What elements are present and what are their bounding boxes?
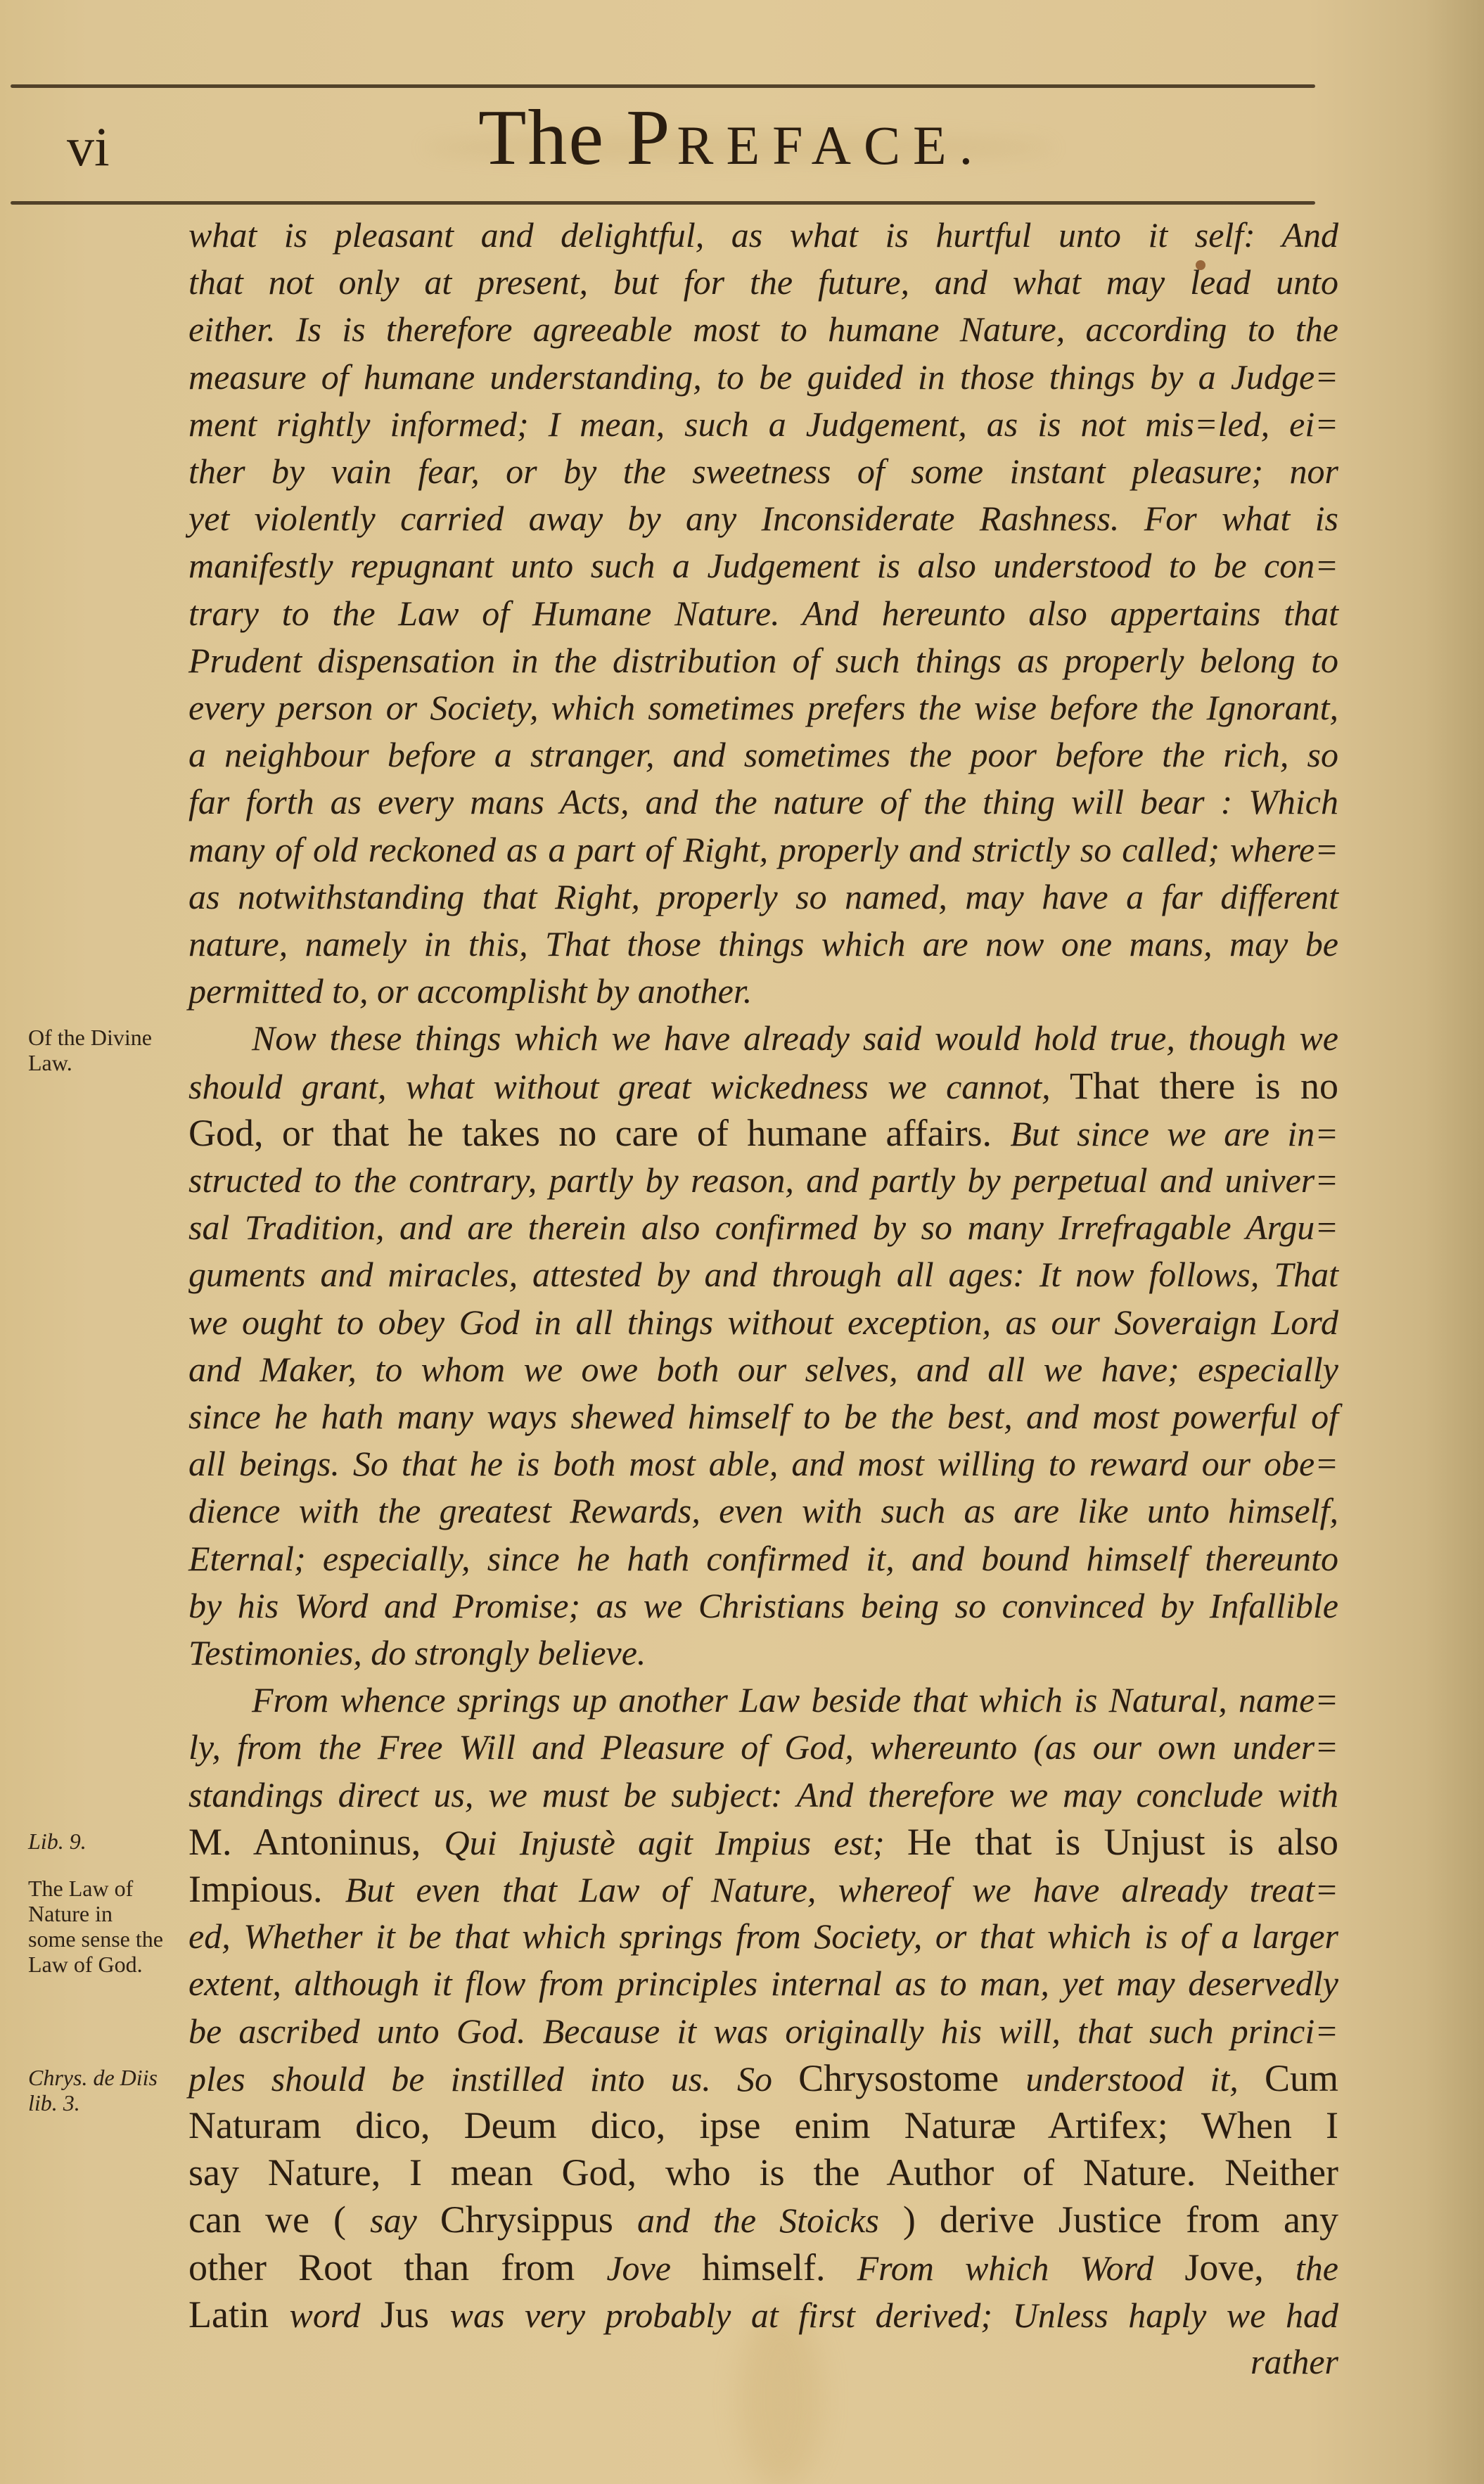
text-line: we ought to obey God in all things witho… — [188, 1299, 1338, 1346]
text-line: all beings. So that he is both most able… — [188, 1440, 1338, 1487]
roman-text: Naturam dico, Deum dico, ipse enim Natur… — [188, 2104, 1338, 2146]
italic-text: far forth as every mans Acts, and the na… — [188, 782, 1338, 821]
margin-note-line: Of the Divine — [28, 1025, 197, 1050]
roman-text: That there is no — [1070, 1065, 1338, 1107]
italic-text: and the Stoicks — [637, 2201, 879, 2240]
italic-text: a neighbour before a stranger, and somet… — [188, 735, 1338, 774]
margin-note-line: Law. — [28, 1050, 197, 1075]
italic-text: Eternal; especially, since he hath confi… — [188, 1539, 1338, 1578]
text-line: ther by vain fear, or by the sweetness o… — [188, 448, 1338, 495]
catchword: rather — [188, 2338, 1338, 2386]
italic-text: ment rightly informed; I mean, such a Ju… — [188, 404, 1338, 444]
italic-text: word — [290, 2296, 381, 2335]
page-number: vi — [67, 120, 110, 174]
italic-text: say — [370, 2201, 440, 2240]
text-line: since he hath many ways shewed himself t… — [188, 1393, 1338, 1440]
roman-text: other Root than from — [188, 2246, 606, 2288]
text-line: that not only at present, but for the fu… — [188, 259, 1338, 306]
roman-text: Jove, — [1184, 2246, 1296, 2288]
text-line: yet violently carried away by any Incons… — [188, 495, 1338, 542]
italic-text: measure of humane understanding, to be g… — [188, 357, 1338, 397]
roman-text: Chrysippus — [440, 2198, 637, 2241]
italic-text: understood it, — [1025, 2059, 1265, 2099]
text-line: God, or that he takes no care of humane … — [188, 1110, 1338, 1157]
header-rule-top — [11, 84, 1315, 88]
text-line: From whence springs up another Law besid… — [188, 1677, 1338, 1724]
italic-text: and Maker, to whom we owe both our selve… — [188, 1350, 1338, 1389]
italic-text: manifestly repugnant unto such a Judgeme… — [188, 546, 1338, 585]
text-line: trary to the Law of Humane Nature. And h… — [188, 590, 1338, 637]
text-line: Testimonies, do strongly believe. — [188, 1630, 1338, 1677]
italic-text: that not only at present, but for the fu… — [188, 262, 1338, 302]
text-line: and Maker, to whom we owe both our selve… — [188, 1346, 1338, 1393]
text-line: Impious. But even that Law of Nature, wh… — [188, 1866, 1338, 1913]
text-line: extent, although it flow from principles… — [188, 1960, 1338, 2007]
text-line: ly, from the Free Will and Pleasure of G… — [188, 1724, 1338, 1771]
italic-text: trary to the Law of Humane Nature. And h… — [188, 594, 1338, 633]
italic-text: by his Word and Promise; as we Christian… — [188, 1586, 1338, 1625]
text-line: other Root than from Jove himself. From … — [188, 2244, 1338, 2291]
text-line: what is pleasant and delightful, as what… — [188, 212, 1338, 259]
text-line: nature, namely in this, That those thing… — [188, 921, 1338, 968]
italic-text: since he hath many ways shewed himself t… — [188, 1397, 1338, 1436]
margin-note: Chrys. de Diislib. 3. — [28, 2065, 197, 2115]
italic-text: nature, namely in this, That those thing… — [188, 924, 1338, 963]
italic-text: ly, from the Free Will and Pleasure of G… — [188, 1727, 1338, 1767]
italic-text: be ascribed unto God. Because it was ori… — [188, 2011, 1338, 2051]
roman-text: Latin — [188, 2293, 290, 2336]
text-line: say Nature, I mean God, who is the Autho… — [188, 2149, 1338, 2196]
italic-text: ther by vain fear, or by the sweetness o… — [188, 452, 1338, 491]
margin-note: The Law ofNature insome sense theLaw of … — [28, 1876, 197, 1977]
italic-text: dience with the greatest Rewards, even w… — [188, 1491, 1338, 1530]
italic-text: many of old reckoned as a part of Right,… — [188, 830, 1338, 869]
italic-text: as notwithstanding that Right, properly … — [188, 877, 1338, 916]
text-line: as notwithstanding that Right, properly … — [188, 873, 1338, 921]
italic-text: permitted to, or accomplisht by another. — [188, 971, 752, 1011]
italic-text: all beings. So that he is both most able… — [188, 1444, 1338, 1483]
italic-text: was very probably at first derived; Unle… — [450, 2296, 1338, 2335]
margin-note: Lib. 9. — [28, 1829, 197, 1854]
italic-text: ples should be instilled into us. So — [188, 2059, 798, 2099]
header-rule-bottom — [11, 201, 1315, 205]
italic-text: either. Is is therefore agreeable most t… — [188, 309, 1338, 349]
roman-text: Chrysostome — [798, 2057, 1025, 2099]
text-line: every person or Society, which sometimes… — [188, 684, 1338, 731]
text-line: far forth as every mans Acts, and the na… — [188, 779, 1338, 826]
text-line: by his Word and Promise; as we Christian… — [188, 1582, 1338, 1630]
text-line: either. Is is therefore agreeable most t… — [188, 306, 1338, 353]
italic-text: every person or Society, which sometimes… — [188, 688, 1338, 727]
margin-note-line: Lib. 9. — [28, 1829, 197, 1854]
text-line: standings direct us, we must be subject:… — [188, 1772, 1338, 1819]
text-line: permitted to, or accomplisht by another. — [188, 968, 1338, 1015]
italic-text: Now these things which we have already s… — [252, 1018, 1338, 1058]
roman-text: God, or that he takes no care of humane … — [188, 1112, 1010, 1154]
text-line: many of old reckoned as a part of Right,… — [188, 826, 1338, 873]
italic-text: From which Word — [857, 2248, 1185, 2288]
text-line: guments and miracles, attested by and th… — [188, 1251, 1338, 1298]
margin-note: Of the DivineLaw. — [28, 1025, 197, 1075]
text-line: Eternal; especially, since he hath confi… — [188, 1535, 1338, 1582]
text-line: Latin word Jus was very probably at firs… — [188, 2291, 1338, 2338]
margin-note-line: lib. 3. — [28, 2090, 197, 2115]
text-line: ples should be instilled into us. So Chr… — [188, 2055, 1338, 2102]
text-line: can we ( say Chrysippus and the Stoicks … — [188, 2196, 1338, 2243]
text-line: ment rightly informed; I mean, such a Ju… — [188, 401, 1338, 448]
text-line: sal Tradition, and are therein also conf… — [188, 1204, 1338, 1251]
text-line: ed, Whether it be that which springs fro… — [188, 1913, 1338, 1960]
running-head-smallcaps: PREFACE. — [626, 115, 985, 176]
roman-text: can we ( — [188, 2198, 370, 2241]
running-head-main: The — [478, 94, 605, 181]
text-line: measure of humane understanding, to be g… — [188, 354, 1338, 401]
italic-text: From whence springs up another Law besid… — [252, 1680, 1338, 1720]
italic-text: should grant, what without great wickedn… — [188, 1067, 1070, 1106]
italic-text: we ought to obey God in all things witho… — [188, 1302, 1338, 1342]
italic-text: Prudent dispensation in the distribution… — [188, 641, 1338, 680]
text-line: Now these things which we have already s… — [188, 1015, 1338, 1062]
italic-text: standings direct us, we must be subject:… — [188, 1775, 1338, 1814]
margin-note-line: The Law of — [28, 1876, 197, 1901]
italic-text: sal Tradition, and are therein also conf… — [188, 1208, 1338, 1247]
roman-text: say Nature, I mean God, who is the Autho… — [188, 2151, 1338, 2194]
roman-text: M. Antoninus, — [188, 1821, 444, 1863]
margin-note-line: Nature in — [28, 1901, 197, 1926]
roman-text: himself. — [702, 2246, 857, 2288]
italic-text: guments and miracles, attested by and th… — [188, 1255, 1338, 1294]
italic-text: yet violently carried away by any Incons… — [188, 499, 1338, 538]
italic-text: what is pleasant and delightful, as what… — [188, 215, 1338, 255]
text-line: manifestly repugnant unto such a Judgeme… — [188, 542, 1338, 589]
italic-text: extent, although it flow from principles… — [188, 1964, 1338, 2003]
text-line: Prudent dispensation in the distribution… — [188, 637, 1338, 684]
roman-text: Cum — [1265, 2057, 1338, 2099]
italic-text: But since we are in= — [1010, 1114, 1338, 1153]
text-line: structed to the contrary, partly by reas… — [188, 1157, 1338, 1204]
margin-note-line: some sense the — [28, 1926, 197, 1952]
italic-text: structed to the contrary, partly by reas… — [188, 1160, 1338, 1200]
text-line: dience with the greatest Rewards, even w… — [188, 1487, 1338, 1535]
running-head: The PREFACE. — [478, 98, 985, 177]
text-line: a neighbour before a stranger, and somet… — [188, 731, 1338, 779]
italic-text: the — [1296, 2248, 1338, 2288]
text-line: Naturam dico, Deum dico, ipse enim Natur… — [188, 2102, 1338, 2149]
italic-text: But even that Law of Nature, whereof we … — [345, 1870, 1338, 1909]
italic-text: Qui Injustè agit Impius est; — [444, 1823, 907, 1862]
margin-note-line: Law of God. — [28, 1952, 197, 1977]
text-line: M. Antoninus, Qui Injustè agit Impius es… — [188, 1819, 1338, 1866]
italic-text: Jove — [606, 2248, 702, 2288]
text-line: should grant, what without great wickedn… — [188, 1063, 1338, 1110]
margin-note-line: Chrys. de Diis — [28, 2065, 197, 2090]
roman-text: Impious. — [188, 1868, 345, 1910]
roman-text: Jus — [380, 2293, 450, 2336]
roman-text: He that is Unjust is also — [907, 1821, 1338, 1863]
roman-text: ) derive Justice from any — [879, 2198, 1338, 2241]
italic-text: Testimonies, do strongly believe. — [188, 1633, 646, 1672]
italic-text: ed, Whether it be that which springs fro… — [188, 1916, 1338, 1956]
text-line: be ascribed unto God. Because it was ori… — [188, 2008, 1338, 2055]
